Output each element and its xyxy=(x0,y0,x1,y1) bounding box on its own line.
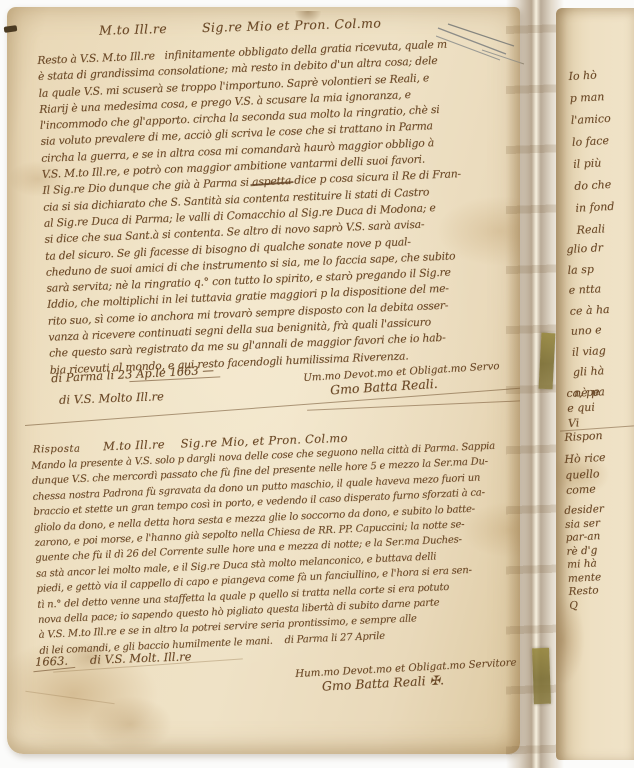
manuscript-line: gli hà xyxy=(572,361,613,384)
manuscript-line: par-an xyxy=(565,530,605,546)
manuscript-line: il più xyxy=(573,152,614,176)
letter1-body: Resto à V.S. M.to Ill.re infinitamente o… xyxy=(37,33,520,379)
manuscript-line: e ntta xyxy=(568,279,609,302)
right-page-text-block: ca, pee quiVi xyxy=(566,384,602,431)
manuscript-line: in fond xyxy=(575,196,616,220)
manuscript-line: ca, pe xyxy=(566,384,600,401)
manuscript-line: uno e xyxy=(570,320,611,343)
struck-word: aspetta xyxy=(252,174,291,189)
manuscript-line: la sp xyxy=(567,258,608,281)
manuscript-line: p man xyxy=(569,86,610,110)
manuscript-line: Hò rice xyxy=(564,450,606,468)
right-page-risposta-label: Rispon xyxy=(564,428,603,445)
letter2-margin-label: Risposta xyxy=(33,444,81,456)
paper-tear xyxy=(295,11,321,23)
manuscript-line: desider xyxy=(564,503,604,519)
paper-crease xyxy=(25,691,114,705)
tape-repair-bottom-left xyxy=(532,648,551,705)
manuscript-right-page: Io hòp manl'amicolo faceil piùdo chein f… xyxy=(556,8,634,760)
tape-repair-middle xyxy=(539,333,556,390)
manuscript-line: ce à ha xyxy=(569,299,610,322)
right-page-text-block: desidersia serpar-anrè d'gmi hàmenteRest… xyxy=(564,503,609,613)
manuscript-line: do che xyxy=(574,174,615,198)
manuscript-line: lo face xyxy=(571,130,612,154)
right-page-text-block: glio drla spe nttace à hauno eil viaggli… xyxy=(566,238,614,404)
letter1-valediction: di V.S. Molto Ill.re xyxy=(59,389,164,407)
right-page-text-block: Hò ricequellocome xyxy=(564,450,608,499)
manuscript-line: Io hò xyxy=(568,64,609,88)
manuscript-main-page: M.to Ill.re Sig.re Mio et Pron. Col.mo R… xyxy=(7,7,520,754)
manuscript-line: glio dr xyxy=(566,238,607,261)
manuscript-line: l'amico xyxy=(570,108,611,132)
manuscript-line: come xyxy=(566,481,608,499)
manuscript-line: Q xyxy=(569,597,609,613)
letter1-salutation: M.to Ill.re Sig.re Mio et Pron. Col.mo xyxy=(99,15,382,37)
manuscript-photo: { "document": { "description": "Two hand… xyxy=(0,0,634,768)
right-page-text-block: Io hòp manl'amicolo faceil piùdo chein f… xyxy=(568,64,617,242)
letter2-body: Mando la presente à V.S. solo p dargli n… xyxy=(31,437,520,659)
letter2-signature: Hum.mo Devot.mo et Obligat.mo ServitoreG… xyxy=(295,657,518,695)
manuscript-line: il viag xyxy=(571,340,612,363)
